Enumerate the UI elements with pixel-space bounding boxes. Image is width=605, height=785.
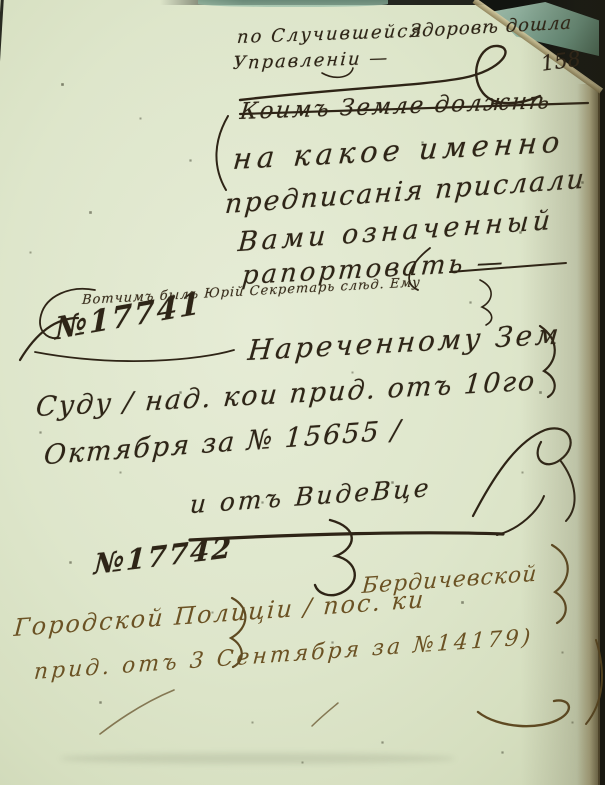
manuscript-page: по Случившейся Здоровѣ дошла Управленіи … bbox=[0, 0, 605, 785]
entry1-line-2: Суду / над. кои прид. отъ 10го bbox=[35, 366, 538, 423]
underlay-sheet-top bbox=[198, 0, 388, 7]
entry1-line-4: и отъ ВидеВце bbox=[189, 473, 433, 519]
note-line-2: Управленіи — bbox=[232, 48, 390, 75]
bottom-shadow bbox=[60, 753, 455, 764]
entry2-number: №17742 bbox=[93, 531, 234, 582]
struck-out-line: Коимъ Земле должнѣ bbox=[239, 88, 553, 125]
entry1-line-1: Нареченному Зем bbox=[247, 317, 563, 367]
note-line-1-left: по Случившейся bbox=[236, 20, 424, 48]
entry1-line-3: Октября за № 15655 / bbox=[43, 415, 403, 471]
photo-left-edge-line bbox=[0, 0, 4, 154]
paper-speckles bbox=[0, 0, 1, 1]
entry2-line-2: Городской Полиціи / пос. ки bbox=[13, 585, 426, 642]
